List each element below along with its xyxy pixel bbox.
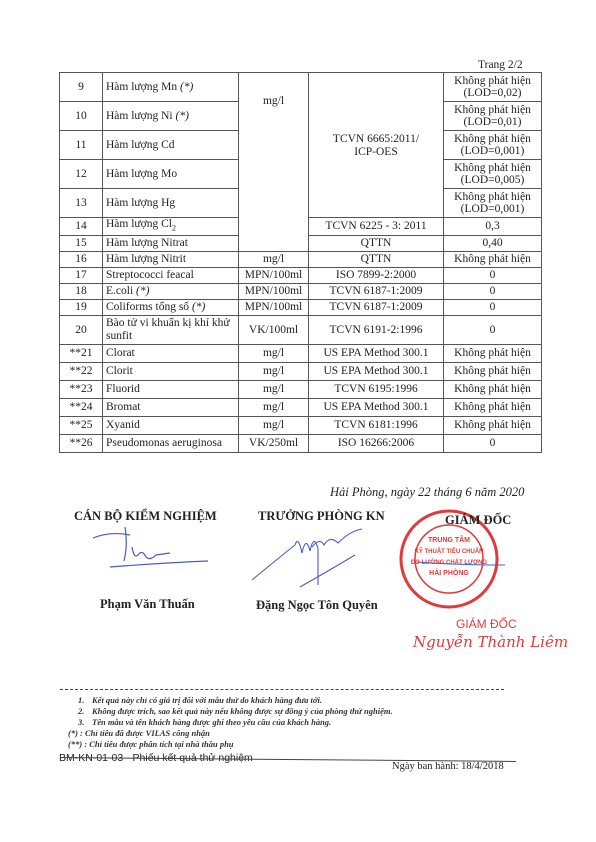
table-row: **23Fluoridmg/lTCVN 6195:1996Không phát …	[60, 380, 542, 398]
unit-cell: MPN/100ml	[239, 283, 309, 299]
place-date: Hải Phòng, ngày 22 tháng 6 năm 2020	[330, 485, 524, 500]
row-number: 12	[60, 160, 103, 189]
unit-cell: VK/250ml	[239, 434, 309, 452]
unit-cell: mg/l	[239, 344, 309, 362]
parameter-name: Coliforms tổng số (*)	[103, 299, 239, 315]
accreditation-mark: (*)	[177, 81, 193, 93]
unit-cell: MPN/100ml	[239, 299, 309, 315]
results-table: 9Hàm lượng Mn (*)mg/lTCVN 6665:2011/ICP-…	[59, 72, 542, 453]
svg-text:KỸ THUẬT TIÊU CHUẨN: KỸ THUẬT TIÊU CHUẨN	[415, 547, 484, 555]
result-cell: Không phát hiện	[444, 380, 542, 398]
parameter-name: Bromat	[103, 398, 239, 416]
method-cell: TCVN 6187-1:2009	[309, 283, 444, 299]
table-row: **22Cloritmg/lUS EPA Method 300.1Không p…	[60, 362, 542, 380]
accreditation-mark: (*)	[189, 301, 205, 313]
method-cell: US EPA Method 300.1	[309, 362, 444, 380]
notes-divider	[60, 689, 504, 690]
page-number: Trang 2/2	[478, 59, 523, 71]
row-number: **21	[60, 344, 103, 362]
result-cell: 0,40	[444, 235, 542, 251]
director-name: Nguyễn Thành Liêm	[413, 633, 568, 651]
result-cell: 0	[444, 434, 542, 452]
result-cell: Không phát hiện(LOD=0,001)	[444, 189, 542, 218]
parameter-name: Hàm lượng Ni (*)	[103, 102, 239, 131]
result-cell: Không phát hiện	[444, 344, 542, 362]
method-cell: QTTN	[309, 235, 444, 251]
accreditation-mark: (*)	[173, 110, 189, 122]
note-item: 2.Không được trích, sao kết quả này nếu …	[68, 706, 393, 717]
inspector-title: CÁN BỘ KIỂM NGHIỆM	[74, 509, 217, 524]
method-cell: QTTN	[309, 251, 444, 267]
result-cell: Không phát hiện	[444, 362, 542, 380]
row-number: 16	[60, 251, 103, 267]
row-number: **22	[60, 362, 103, 380]
method-cell: TCVN 6181:1996	[309, 416, 444, 434]
unit-cell: VK/100ml	[239, 315, 309, 344]
table-row: 9Hàm lượng Mn (*)mg/lTCVN 6665:2011/ICP-…	[60, 73, 542, 102]
method-cell: US EPA Method 300.1	[309, 398, 444, 416]
parameter-name: Hàm lượng Nitrit	[103, 251, 239, 267]
result-cell: 0	[444, 299, 542, 315]
method-cell: TCVN 6665:2011/ICP-OES	[309, 73, 444, 218]
unit-cell: mg/l	[239, 416, 309, 434]
row-number: 13	[60, 189, 103, 218]
result-cell: 0	[444, 315, 542, 344]
method-cell: TCVN 6187-1:2009	[309, 299, 444, 315]
director-label: GIÁM ĐỐC	[456, 617, 517, 631]
director-title: GIÁM ĐỐC	[445, 513, 511, 528]
method-cell: TCVN 6191-2:1996	[309, 315, 444, 344]
row-number: 11	[60, 131, 103, 160]
result-cell: Không phát hiện(LOD=0,02)	[444, 73, 542, 102]
result-cell: Không phát hiện	[444, 398, 542, 416]
parameter-name: Hàm lượng Hg	[103, 189, 239, 218]
row-number: 15	[60, 235, 103, 251]
table-row: 19Coliforms tổng số (*)MPN/100mlTCVN 618…	[60, 299, 542, 315]
head-title: TRƯỞNG PHÒNG KN	[258, 509, 385, 524]
method-cell: ISO 16266:2006	[309, 434, 444, 452]
head-signature	[250, 525, 370, 595]
parameter-name: Clorat	[103, 344, 239, 362]
result-cell: 0,3	[444, 218, 542, 236]
method-cell: US EPA Method 300.1	[309, 344, 444, 362]
svg-text:HẢI PHÒNG: HẢI PHÒNG	[429, 568, 469, 577]
parameter-name: Streptococci feacal	[103, 267, 239, 283]
issue-date: Ngày ban hành: 18/4/2018	[392, 761, 504, 772]
row-number: **23	[60, 380, 103, 398]
result-cell: Không phát hiện	[444, 416, 542, 434]
table-row: **24Bromatmg/lUS EPA Method 300.1Không p…	[60, 398, 542, 416]
method-cell: TCVN 6195:1996	[309, 380, 444, 398]
accreditation-mark: (*)	[133, 285, 149, 297]
parameter-name: Hàm lượng Nitrat	[103, 235, 239, 251]
table-row: **26Pseudomonas aeruginosaVK/250mlISO 16…	[60, 434, 542, 452]
note-item: (*) : Chỉ tiêu đã được VILAS công nhận	[68, 728, 393, 739]
table-row: 17Streptococci feacalMPN/100mlISO 7899-2…	[60, 267, 542, 283]
row-number: 19	[60, 299, 103, 315]
head-name: Đặng Ngọc Tôn Quyên	[256, 598, 378, 613]
table-row: 18E.coli (*)MPN/100mlTCVN 6187-1:20090	[60, 283, 542, 299]
parameter-name: Bào tử vi khuẩn kị khí khử sunfit	[103, 315, 239, 344]
table-row: **21Cloratmg/lUS EPA Method 300.1Không p…	[60, 344, 542, 362]
svg-text:TRUNG TÂM: TRUNG TÂM	[428, 535, 470, 544]
inspector-name: Phạm Văn Thuấn	[100, 597, 195, 612]
row-number: 18	[60, 283, 103, 299]
parameter-name: Fluorid	[103, 380, 239, 398]
note-item: (**) : Chỉ tiêu được phân tích tại nhà t…	[68, 739, 393, 750]
row-number: 14	[60, 218, 103, 236]
parameter-name: Hàm lượng Cl2	[103, 218, 239, 236]
unit-cell: mg/l	[239, 362, 309, 380]
row-number: **26	[60, 434, 103, 452]
result-cell: 0	[444, 267, 542, 283]
method-cell: TCVN 6225 - 3: 2011	[309, 218, 444, 236]
row-number: 20	[60, 315, 103, 344]
parameter-name: E.coli (*)	[103, 283, 239, 299]
result-cell: Không phát hiện	[444, 251, 542, 267]
unit-cell: mg/l	[239, 398, 309, 416]
notes: 1.Kết quả này chỉ có giá trị đối với mẫu…	[68, 695, 393, 750]
note-item: 1.Kết quả này chỉ có giá trị đối với mẫu…	[68, 695, 393, 706]
parameter-name: Clorit	[103, 362, 239, 380]
row-number: **25	[60, 416, 103, 434]
parameter-name: Hàm lượng Mo	[103, 160, 239, 189]
inspector-signature	[90, 525, 210, 580]
result-cell: Không phát hiện(LOD=0,005)	[444, 160, 542, 189]
row-number: 10	[60, 102, 103, 131]
result-cell: 0	[444, 283, 542, 299]
table-row: **25Xyanidmg/lTCVN 6181:1996Không phát h…	[60, 416, 542, 434]
row-number: 9	[60, 73, 103, 102]
result-cell: Không phát hiện(LOD=0,01)	[444, 102, 542, 131]
parameter-name: Hàm lượng Mn (*)	[103, 73, 239, 102]
parameter-name: Xyanid	[103, 416, 239, 434]
parameter-name: Hàm lượng Cd	[103, 131, 239, 160]
unit-cell: mg/l	[239, 73, 309, 252]
row-number: **24	[60, 398, 103, 416]
unit-cell: MPN/100ml	[239, 267, 309, 283]
method-cell: ISO 7899-2:2000	[309, 267, 444, 283]
note-item: 3.Tên mẫu và tên khách hàng được ghi the…	[68, 717, 393, 728]
table-row: 16Hàm lượng Nitritmg/lQTTNKhông phát hiệ…	[60, 251, 542, 267]
unit-cell: mg/l	[239, 380, 309, 398]
result-cell: Không phát hiện(LOD=0,001)	[444, 131, 542, 160]
parameter-name: Pseudomonas aeruginosa	[103, 434, 239, 452]
row-number: 17	[60, 267, 103, 283]
unit-cell: mg/l	[239, 251, 309, 267]
table-row: 20Bào tử vi khuẩn kị khí khử sunfitVK/10…	[60, 315, 542, 344]
